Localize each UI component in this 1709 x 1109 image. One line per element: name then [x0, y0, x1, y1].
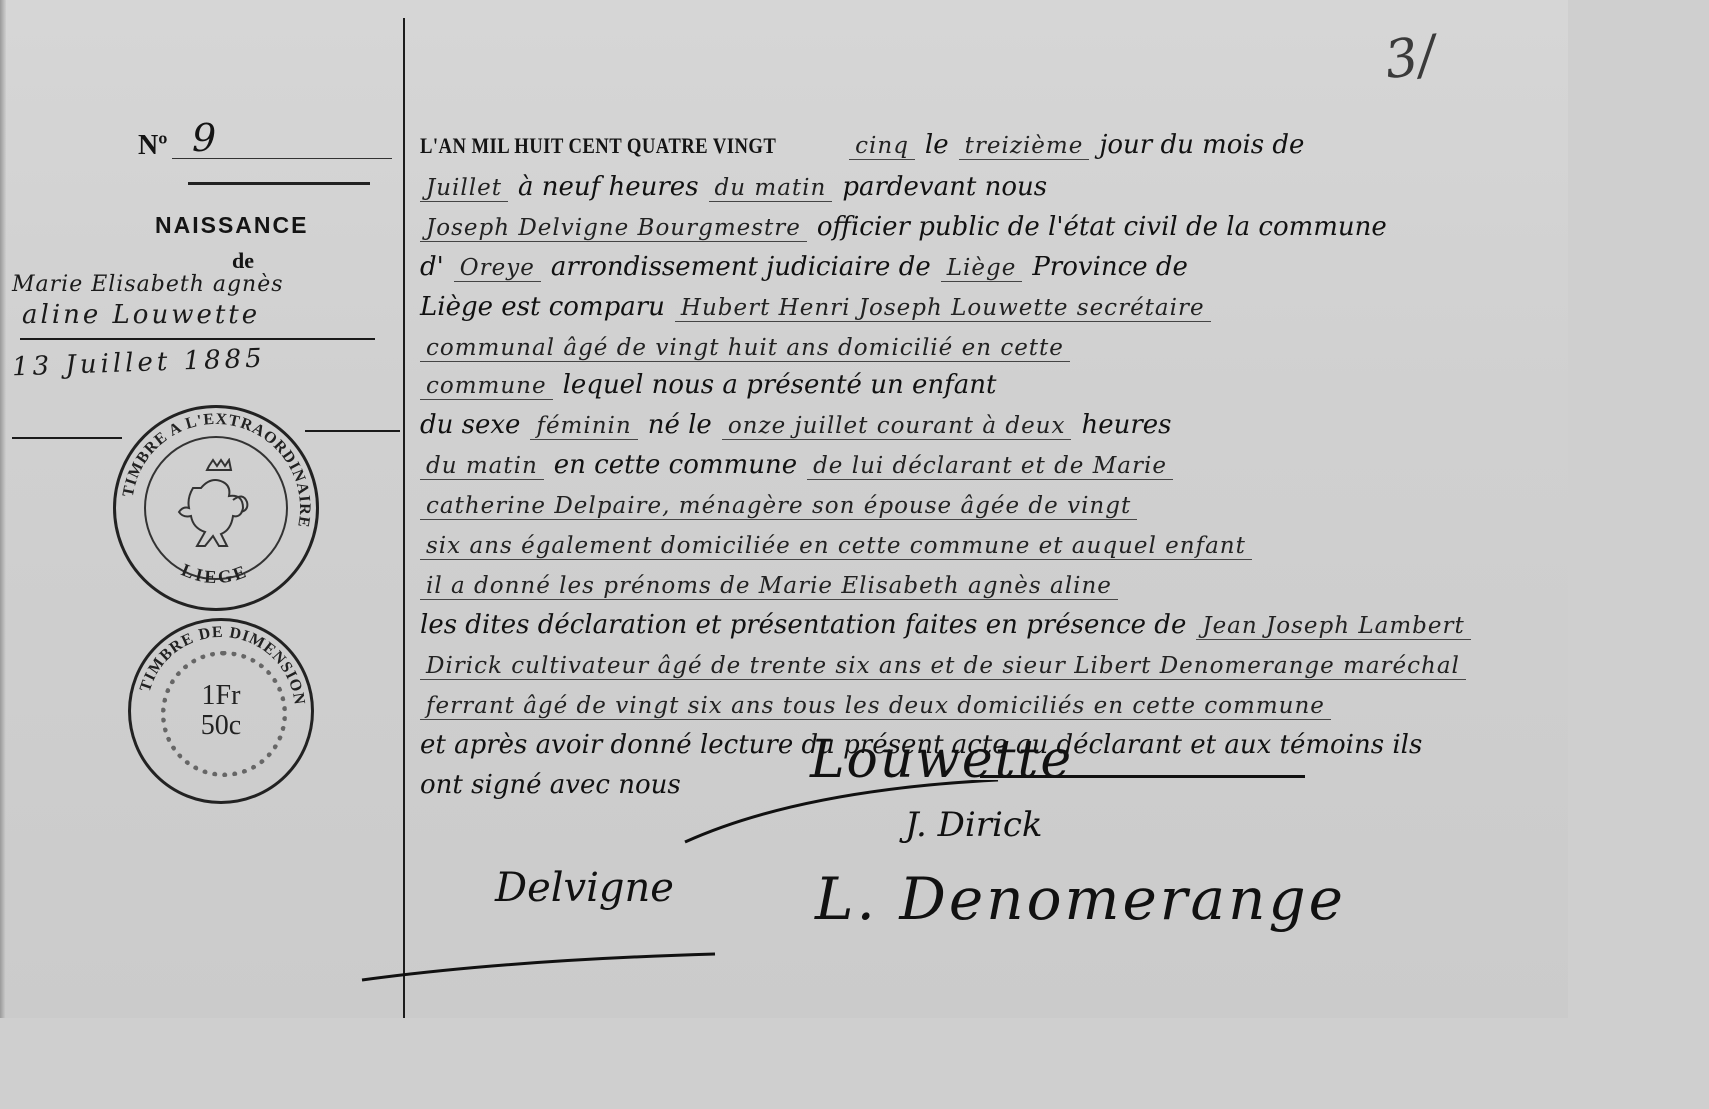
printed-text: Province de	[1032, 252, 1188, 282]
handwritten-entry: Hubert Henri Joseph Louwette secrétaire	[675, 295, 1211, 322]
margin-rule	[12, 437, 122, 439]
handwritten-entry: du matin	[709, 175, 833, 202]
signature-flourish-line	[980, 775, 1305, 778]
handwritten-entry: il a donné les prénoms de Marie Elisabet…	[420, 573, 1118, 600]
handwritten-entry: treizième	[959, 133, 1090, 160]
svg-text:LIEGE: LIEGE	[179, 560, 252, 588]
stamp-dimension-tax: TIMBRE DE DIMENSION 1Fr 50c	[128, 618, 314, 804]
act-line: Liège est comparuHubert Henri Joseph Lou…	[420, 292, 1540, 332]
printed-text: né le	[648, 410, 712, 440]
act-line: ferrant âgé de vingt six ans tous les de…	[420, 690, 1540, 730]
handwritten-entry: Dirick cultivateur âgé de trente six ans…	[420, 653, 1466, 680]
handwritten-entry: onze juillet courant à deux	[722, 413, 1072, 440]
handwritten-entry: de lui déclarant et de Marie	[807, 453, 1173, 480]
act-number-value: 9	[172, 118, 392, 159]
handwritten-entry: du matin	[420, 453, 544, 480]
printed-text: heures	[1081, 410, 1171, 440]
act-line: six ans également domiciliée en cette co…	[420, 530, 1540, 570]
handwritten-entry: Jean Joseph Lambert	[1196, 613, 1470, 640]
handwritten-entry: Juillet	[420, 175, 508, 202]
of-label: de	[232, 248, 254, 274]
printed-text: Liège est comparu	[420, 292, 665, 322]
printed-text: à neuf heures	[518, 172, 699, 202]
act-line: communal âgé de vingt huit ans domicilié…	[420, 332, 1540, 372]
signature-officer-underline	[360, 950, 720, 990]
printed-text: ont signé avec nous	[420, 770, 681, 800]
page-number: 3/	[1381, 25, 1439, 91]
act-number-rule	[188, 182, 370, 185]
handwritten-entry: six ans également domiciliée en cette co…	[420, 533, 1252, 560]
act-line: il a donné les prénoms de Marie Elisabet…	[420, 570, 1540, 610]
printed-text: lequel nous a présenté un enfant	[563, 370, 997, 400]
printed-text: pardevant nous	[842, 172, 1047, 202]
stamp-value: 1Fr 50c	[201, 681, 241, 741]
act-line: L'AN MIL HUIT CENT QUATRE VINGTcinqletre…	[420, 130, 1540, 170]
handwritten-entry: communal âgé de vingt huit ans domicilié…	[420, 335, 1070, 362]
act-line: communelequel nous a présenté un enfant	[420, 370, 1540, 410]
printed-text: les dites déclaration et présentation fa…	[420, 610, 1186, 640]
act-number-label: Nº	[138, 130, 167, 162]
child-name-line-1: Marie Elisabeth agnès	[12, 272, 284, 297]
margin-rule	[305, 430, 400, 432]
printed-text: du sexe	[420, 410, 520, 440]
birth-date: 13 Juillet 1885	[12, 344, 267, 383]
margin-rule	[20, 338, 375, 340]
printed-text: arrondissement judiciaire de	[551, 252, 931, 282]
signature-witness-2: L. Denomerange	[815, 865, 1346, 933]
handwritten-entry: Oreye	[454, 255, 541, 282]
act-type-heading: NAISSANCE	[155, 212, 308, 239]
act-line: d'Oreyearrondissement judiciaire deLiège…	[420, 252, 1540, 292]
printed-text: L'AN MIL HUIT CENT QUATRE VINGT	[420, 133, 776, 159]
signature-officer: Delvigne	[495, 865, 674, 911]
stamp-value-centimes: 50c	[201, 711, 241, 741]
handwritten-entry: ferrant âgé de vingt six ans tous les de…	[420, 693, 1331, 720]
act-line: catherine Delpaire, ménagère son épouse …	[420, 490, 1540, 530]
lion-crest-icon	[171, 458, 261, 553]
printed-text: d'	[420, 252, 444, 282]
act-line: du sexefémininné leonze juillet courant …	[420, 410, 1540, 450]
margin-divider-line	[403, 18, 405, 1018]
signature-witness-1: J. Dirick	[905, 805, 1043, 845]
handwritten-entry: commune	[420, 373, 553, 400]
page-edge-shadow	[0, 0, 6, 1018]
stamp-value-francs: 1Fr	[201, 681, 241, 711]
act-line: Dirick cultivateur âgé de trente six ans…	[420, 650, 1540, 690]
printed-text: en cette commune	[554, 450, 797, 480]
handwritten-entry: Joseph Delvigne Bourgmestre	[420, 215, 807, 242]
handwritten-entry: Liège	[941, 255, 1023, 282]
stamp-extraordinaire-liege: TIMBRE A L'EXTRAORDINAIRE LIEGE	[113, 405, 319, 611]
handwritten-entry: catherine Delpaire, ménagère son épouse …	[420, 493, 1137, 520]
child-name-line-2: aline Louwette	[22, 300, 260, 330]
act-line: Joseph Delvigne Bourgmestreofficier publ…	[420, 212, 1540, 252]
civil-register-page: 3/ Nº 9 NAISSANCE de Marie Elisabeth agn…	[0, 0, 1568, 1018]
act-line: du matinen cette communede lui déclarant…	[420, 450, 1540, 490]
act-line: les dites déclaration et présentation fa…	[420, 610, 1540, 650]
printed-text: jour du mois de	[1099, 130, 1304, 160]
handwritten-entry: féminin	[530, 413, 637, 440]
printed-text: officier public de l'état civil de la co…	[817, 212, 1387, 242]
printed-text: le	[925, 130, 949, 160]
act-line: Juilletà neuf heuresdu matinpardevant no…	[420, 172, 1540, 212]
handwritten-entry: cinq	[849, 133, 915, 160]
